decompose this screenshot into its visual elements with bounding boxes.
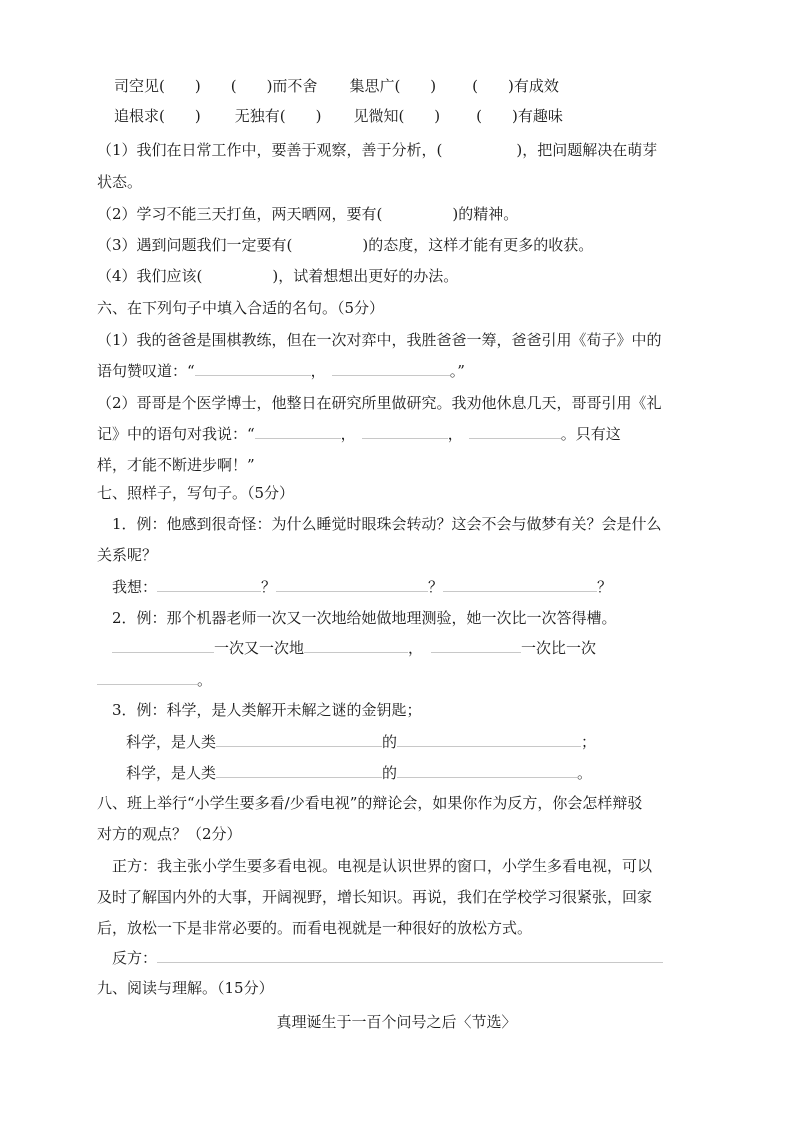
- answer-blank[interactable]: [304, 638, 408, 653]
- item-text: 记》中的语句对我说：“: [97, 425, 255, 443]
- pro-argument-2: 及时了解国内外的大事，开阔视野，增长知识。再说，我们在学校学习很紧张，回家: [97, 887, 652, 907]
- answer-blank[interactable]: [216, 763, 382, 778]
- example-3-answer-1: 科学，是人类的；: [126, 732, 596, 752]
- item-text: )，试着想想出更好的办法。: [272, 267, 458, 285]
- example-3: 3．例：科学，是人类解开未解之谜的金钥匙；: [112, 700, 422, 720]
- item-text: 一次又一次地: [214, 639, 304, 657]
- idiom-text: ): [195, 107, 201, 125]
- item-text: 的: [382, 764, 397, 782]
- item-text: （1）我们在日常工作中，要善于观察，善于分析，(: [97, 141, 442, 159]
- section-8-heading: 八、班上举行“小学生要多看/少看电视”的辩论会，如果你作为反方，你会怎样辩驳: [97, 793, 642, 813]
- punct: ？: [597, 578, 612, 596]
- answer-blank[interactable]: [112, 638, 214, 653]
- example-1: 1．例：他感到很奇怪：为什么睡觉时眼珠会转动？这会不会与做梦有关？会是什么: [112, 514, 662, 534]
- fill-item-4: （4）我们应该()，试着想想出更好的办法。: [97, 266, 458, 286]
- example-1-cont: 关系呢？: [97, 545, 157, 565]
- idiom-text: ): [316, 107, 322, 125]
- section-6-item-2-answer: 记》中的语句对我说：“，，。只有这: [97, 424, 621, 444]
- section-9-heading: 九、阅读与理解。（15分）: [97, 978, 274, 998]
- section-6-item-2-end: 样，才能不断进步啊！”: [97, 455, 255, 475]
- answer-blank[interactable]: [157, 577, 261, 592]
- idiom-text: ): [195, 77, 201, 95]
- item-text: 一次比一次: [521, 639, 596, 657]
- idiom-text: ): [430, 77, 436, 95]
- section-6-item-1-answer: 语句赞叹道：“，。”: [97, 361, 465, 381]
- item-text: 的: [382, 733, 397, 751]
- item-text: 我想：: [112, 578, 157, 596]
- punct: 。”: [450, 362, 465, 380]
- answer-blank[interactable]: [431, 638, 521, 653]
- answer-blank[interactable]: [397, 732, 581, 747]
- punct: ，: [341, 425, 356, 443]
- section-6-item-2: （2）哥哥是个医学博士，他整日在研究所里做研究。我劝他休息几天，哥哥引用《礼: [97, 393, 662, 413]
- idiom-text: 无独有(: [235, 107, 286, 125]
- example-2: 2．例：那个机器老师一次又一次地给她做地理测验，她一次比一次答得槽。: [112, 608, 617, 628]
- item-text: 语句赞叹道：“: [97, 362, 195, 380]
- idiom-row-1: 司空见()()而不舍集思广()()有成效: [114, 76, 559, 96]
- answer-blank[interactable]: [362, 424, 448, 439]
- answer-blank[interactable]: [195, 361, 311, 376]
- answer-blank[interactable]: [443, 577, 597, 592]
- answer-blank[interactable]: [216, 732, 382, 747]
- idiom-text: ): [434, 107, 440, 125]
- example-2-answer-cont: 。: [97, 670, 212, 690]
- section-7-heading: 七、照样子，写句子。（5分）: [97, 483, 294, 503]
- idiom-text: 司空见(: [114, 77, 165, 95]
- item-text: )，把问题解决在萌芽: [516, 141, 657, 159]
- example-3-answer-2: 科学，是人类的。: [126, 763, 592, 783]
- example-2-answer: 一次又一次地，一次比一次: [112, 638, 596, 658]
- answer-blank[interactable]: [469, 424, 561, 439]
- idiom-text: (: [231, 77, 237, 95]
- idiom-text: )有成效: [508, 77, 559, 95]
- item-text: （2）学习不能三天打鱼，两天晒网，要有(: [97, 205, 382, 223]
- punct: ？: [261, 578, 276, 596]
- fill-item-3: （3）遇到问题我们一定要有()的态度，这样才能有更多的收获。: [97, 235, 593, 255]
- item-text: )的态度，这样才能有更多的收获。: [362, 236, 593, 254]
- answer-blank[interactable]: [255, 424, 341, 439]
- answer-blank[interactable]: [276, 577, 428, 592]
- punct: ，: [408, 639, 423, 657]
- example-1-answer: 我想：？？？: [112, 577, 612, 597]
- item-text: 科学，是人类: [126, 764, 216, 782]
- punct: ，: [311, 362, 326, 380]
- pro-argument-1: 正方：我主张小学生要多看电视。电视是认识世界的窗口，小学生多看电视，可以: [112, 856, 652, 876]
- idiom-text: )而不舍: [267, 77, 318, 95]
- punct: 。: [197, 671, 212, 689]
- item-text: （4）我们应该(: [97, 267, 202, 285]
- idiom-text: 集思广(: [349, 77, 400, 95]
- idiom-text: )有趣味: [512, 107, 563, 125]
- answer-blank[interactable]: [397, 763, 577, 778]
- idiom-text: 追根求(: [114, 107, 165, 125]
- idiom-text: 见微知(: [353, 107, 404, 125]
- fill-item-2: （2）学习不能三天打鱼，两天晒网，要有()的精神。: [97, 204, 518, 224]
- fill-item-1-cont: 状态。: [97, 172, 142, 192]
- passage-title: 真理诞生于一百个问号之后〈节选〉: [0, 1012, 793, 1032]
- punct: 。只有这: [561, 425, 621, 443]
- fill-item-1: （1）我们在日常工作中，要善于观察，善于分析，()，把问题解决在萌芽: [97, 140, 657, 160]
- punct: ？: [428, 578, 443, 596]
- punct: ；: [581, 733, 596, 751]
- section-8-heading-cont: 对方的观点？（2分）: [97, 824, 242, 844]
- con-label: 反方：: [112, 949, 157, 967]
- section-6-item-1: （1）我的爸爸是围棋教练，但在一次对弈中，我胜爸爸一筹，爸爸引用《荀子》中的: [97, 330, 662, 350]
- pro-argument-3: 后，放松一下是非常必要的。而看电视就是一种很好的放松方式。: [97, 918, 532, 938]
- con-argument: 反方：: [112, 948, 663, 968]
- idiom-text: (: [476, 107, 482, 125]
- punct: 。: [577, 764, 592, 782]
- idiom-row-2: 追根求()无独有()见微知()()有趣味: [114, 106, 563, 126]
- item-text: （3）遇到问题我们一定要有(: [97, 236, 292, 254]
- idiom-text: (: [472, 77, 478, 95]
- item-text: 科学，是人类: [126, 733, 216, 751]
- con-answer-blank[interactable]: [157, 948, 663, 963]
- answer-blank[interactable]: [97, 670, 197, 685]
- section-6-heading: 六、在下列句子中填入合适的名句。（5分）: [97, 298, 384, 318]
- punct: ，: [448, 425, 463, 443]
- item-text: )的精神。: [452, 205, 518, 223]
- answer-blank[interactable]: [332, 361, 450, 376]
